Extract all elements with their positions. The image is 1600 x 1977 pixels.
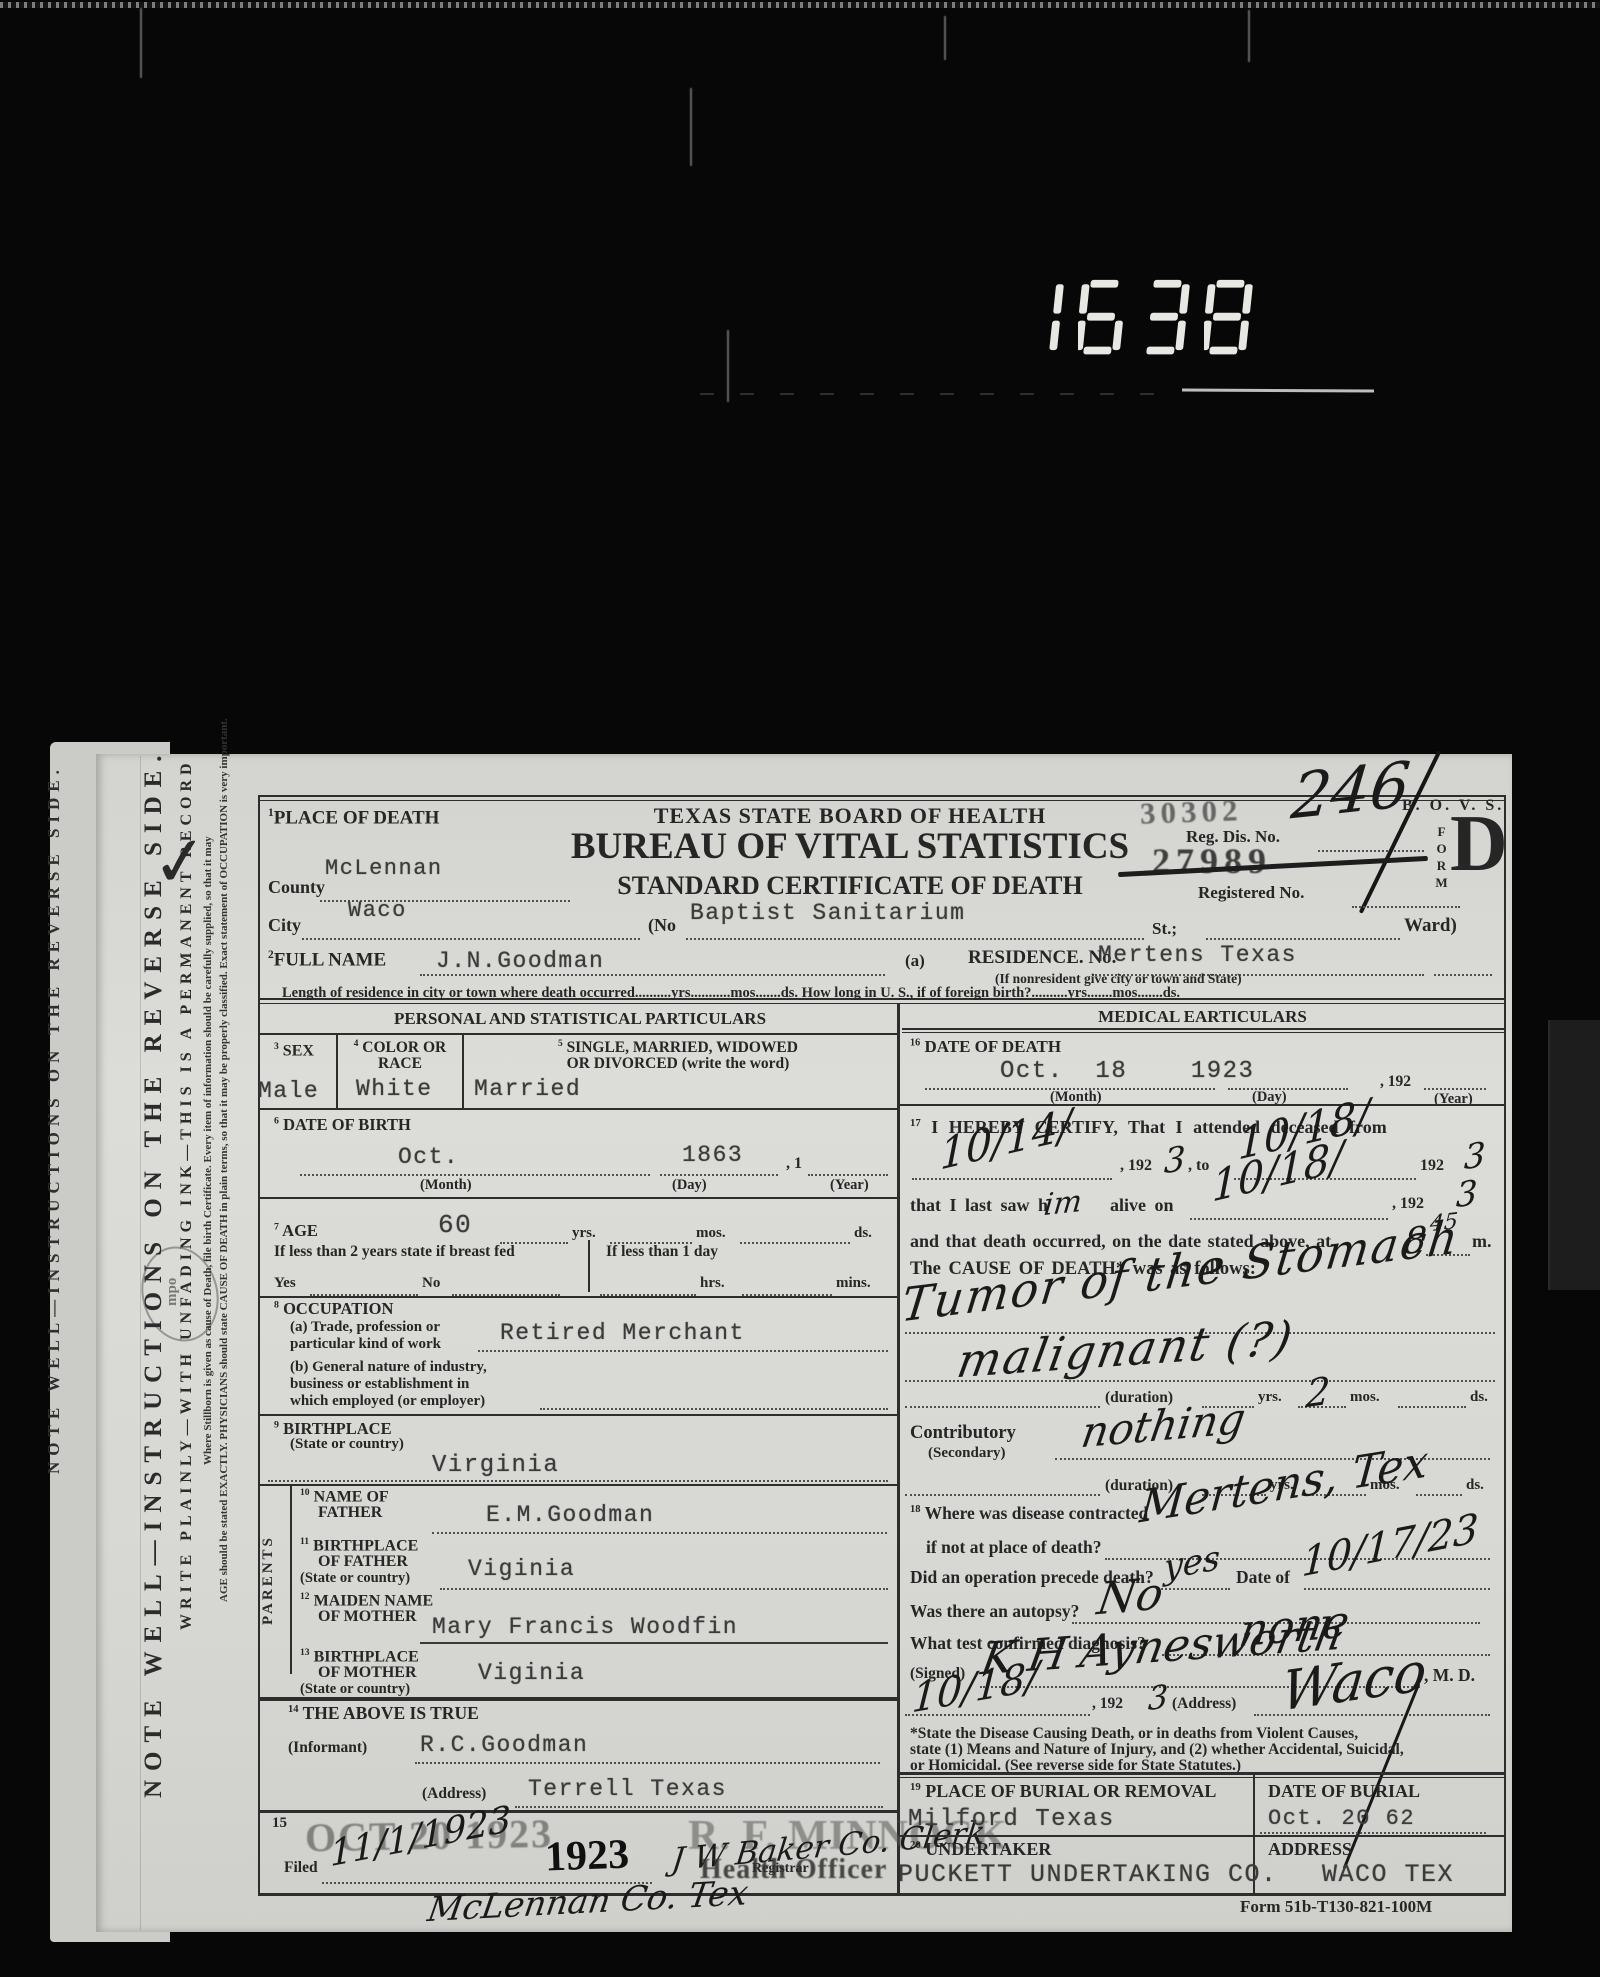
personal-title: PERSONAL AND STATISTICAL PARTICULARS (300, 1010, 860, 1028)
film-top-edge (0, 2, 1600, 8)
true-text: THE ABOVE IS TRUE (303, 1703, 479, 1723)
column-divider (897, 1003, 900, 1893)
dob-bottom-rule (258, 1197, 898, 1199)
bp-num: 9 (274, 1420, 279, 1431)
mother-text-1: MAIDEN NAME (314, 1592, 434, 1609)
marital-text-1: SINGLE, MARRIED, WIDOWED (567, 1039, 798, 1056)
place-of-death-label: 1PLACE OF DEATH (268, 808, 439, 828)
color-value: White (356, 1076, 433, 1102)
father-num: 10 (300, 1487, 310, 1498)
age-bottom-rule (258, 1296, 898, 1298)
film-streak (140, 8, 142, 78)
age-text: AGE (282, 1221, 318, 1240)
mother-bp-label-2: OF MOTHER (318, 1665, 417, 1682)
disease-contracted-label-2: if not at place of death? (926, 1538, 1101, 1556)
margin-instructions-2: AGE should be stated EXACTLY. PHYSICIANS… (218, 742, 230, 1602)
reg-dis-value-script: 246 (1288, 747, 1413, 834)
age-value: 60 (438, 1210, 472, 1240)
dob-line-3 (808, 1172, 888, 1176)
age-num: 7 (274, 1222, 279, 1233)
true-num: 14 (288, 1704, 299, 1715)
occupation-b-label-1: (b) General nature of industry, (290, 1360, 487, 1376)
lessday-label: If less than 1 day (606, 1244, 718, 1260)
reg-dis-line (1318, 848, 1424, 852)
film-streak (944, 16, 946, 60)
color-text-2: RACE (340, 1056, 460, 1072)
age-ds-label: ds. (854, 1226, 872, 1242)
burial-top-rule-2 (900, 1777, 1504, 1778)
occupation-a-value: Retired Merchant (500, 1320, 745, 1346)
medical-title-rule-1 (902, 1028, 1504, 1030)
age-field-label: 7 AGE (274, 1222, 318, 1239)
no-label: No (422, 1276, 440, 1292)
father-bp-num: 11 (300, 1536, 309, 1547)
footnote-line-2: state (1) Means and Nature of Injury, an… (910, 1742, 1404, 1758)
sex-value: Male (258, 1078, 319, 1104)
certify-192a: , 192 (1120, 1158, 1152, 1175)
age-line-3 (740, 1240, 850, 1244)
fullname-value: J.N.Goodman (436, 948, 604, 974)
box-left-rule (258, 795, 260, 1895)
q18-text: Where was disease contracted (925, 1503, 1149, 1523)
father-name-value: E.M.Goodman (486, 1502, 654, 1528)
medical-title: MEDICAL EARTICULARS (905, 1008, 1500, 1026)
undertaker-value: PUCKETT UNDERTAKING CO. (898, 1860, 1278, 1889)
duration1-lead-line (905, 1404, 1100, 1408)
length-residence-line: Length of residence in city or town wher… (282, 986, 1180, 1001)
field1-text: PLACE OF DEATH (274, 807, 440, 828)
dob-line-1 (300, 1172, 650, 1176)
father-bp-note: (State or country) (300, 1571, 410, 1586)
duration2-line-3 (1416, 1492, 1462, 1496)
burial-date-line (1260, 1830, 1486, 1834)
counter-underline (1182, 388, 1374, 392)
sign-year-script: 3 (1147, 1677, 1169, 1718)
sex-field-label: 3 SEX (274, 1042, 314, 1060)
dod-day-label: (Day) (1252, 1090, 1287, 1105)
dob-line-2 (660, 1172, 778, 1176)
hrs-label: hrs. (700, 1276, 725, 1292)
autopsy-script: No (1094, 1568, 1167, 1626)
footnote-line-1: *State the Disease Causing Death, or in … (910, 1726, 1358, 1742)
board-title: TEXAS STATE BOARD OF HEALTH (540, 804, 1160, 827)
reg-number-stamp: 30302 (1139, 792, 1243, 832)
dob-day-value: 1863 (682, 1142, 743, 1168)
informant-value: R.C.Goodman (420, 1732, 588, 1758)
cause-line-2 (905, 1378, 1495, 1382)
registered-line (1352, 904, 1460, 908)
microfilm-frame: NOTE WELL—INSTRUCTIONS ON THE REVERSE SI… (0, 0, 1600, 1977)
burial-num: 19 (910, 1781, 921, 1793)
father-name-label-2: FATHER (318, 1505, 382, 1522)
informant-address-line (515, 1804, 883, 1808)
dob-month-value: Oct. (398, 1144, 459, 1170)
color-field-label: 4 COLOR ORRACE (340, 1040, 460, 1073)
age-mos-label: mos. (696, 1226, 726, 1242)
field2-text: FULL NAME (274, 949, 386, 970)
mother-bp-num: 13 (300, 1647, 310, 1658)
filed-num: 15 (272, 1816, 287, 1832)
father-name-line (432, 1530, 887, 1534)
duration1-ds: ds. (1470, 1390, 1488, 1406)
margin-checkmark: ✓ (148, 820, 213, 905)
operation-date-line (1304, 1586, 1490, 1590)
color-num: 4 (354, 1039, 359, 1049)
undertaker-label: 20 UNDERTAKER (910, 1840, 1051, 1859)
him-script: im (1042, 1184, 1084, 1224)
form-word-vertical: FORM (1433, 824, 1449, 892)
dod-num: 16 (910, 1037, 920, 1048)
frame-counter (1015, 274, 1256, 362)
filed-label: Filed (284, 1860, 318, 1876)
certify-192b: 192 (1420, 1158, 1444, 1175)
mother-name-line (420, 1642, 888, 1644)
marital-num: 5 (558, 1039, 563, 1049)
parents-label: PARENTS (260, 1498, 277, 1663)
occ-num: 8 (274, 1300, 279, 1311)
undertaker-num: 20 (910, 1839, 921, 1851)
occupation-field-label: 8 OCCUPATION (274, 1300, 393, 1317)
mother-name-label-2: OF MOTHER (318, 1609, 417, 1626)
city-label: City (268, 916, 301, 935)
burial-date-value: Oct. 20 62 (1268, 1806, 1415, 1831)
sex-color-divider (336, 1033, 338, 1110)
ward-line (1206, 936, 1400, 940)
undertaker-top-rule (900, 1835, 1504, 1837)
duration1-mos-script: 2 (1304, 1368, 1331, 1416)
dob-day-label: (Day) (672, 1178, 707, 1193)
secondary-label: (Secondary) (928, 1446, 1006, 1462)
age-yrs-label: yrs. (572, 1226, 596, 1242)
dod-bottom-rule (900, 1104, 1504, 1106)
marital-value: Married (474, 1076, 581, 1102)
dod-value: Oct. 18 1923 (1000, 1058, 1254, 1085)
operation-dateof-label: Date of (1236, 1568, 1290, 1586)
county-label: County (268, 878, 325, 897)
occupation-a-line (478, 1348, 888, 1352)
certify-num: 17 (910, 1117, 921, 1129)
fullname-label: 2FULL NAME (268, 950, 386, 970)
form-letter: D (1450, 802, 1508, 886)
dod-year-printed: , 192 (1380, 1074, 1411, 1090)
sex-row-top-rule (258, 1033, 898, 1035)
occ-text: OCCUPATION (283, 1299, 393, 1318)
medical-title-rule-2 (902, 1032, 1504, 1033)
parents-top-rule (258, 1484, 898, 1486)
birthplace-note: (State or country) (290, 1437, 404, 1453)
mins-label: mins. (836, 1276, 871, 1292)
dob-text: DATE OF BIRTH (283, 1115, 411, 1134)
sex-num: 3 (274, 1041, 279, 1052)
birthplace-value: Virginia (432, 1452, 559, 1479)
dod-field-label: 16 DATE OF DEATH (910, 1038, 1061, 1056)
city-value: Waco (348, 898, 407, 923)
no-paren-label: (No (648, 916, 676, 935)
burial-text: PLACE OF BURIAL OR REMOVAL (925, 1781, 1216, 1801)
father-bp-text-1: BIRTHPLACE (313, 1537, 418, 1554)
q18-num: 18 (910, 1504, 921, 1515)
duration1-yrs: yrs. (1258, 1390, 1282, 1406)
dob-year-prefix: , 1 (786, 1156, 802, 1173)
occupation-bottom-rule (258, 1414, 898, 1416)
dod-text: DATE OF DEATH (924, 1037, 1061, 1056)
dod-line-3 (1424, 1086, 1486, 1090)
lastsaw-text: that I last saw h (910, 1196, 1048, 1215)
institution-line (686, 936, 1144, 940)
st-label: St.; (1152, 920, 1177, 938)
informant-address-label: (Address) (422, 1786, 486, 1802)
attend-from-year-script: 3 (1163, 1139, 1186, 1183)
md-label: , M. D. (1424, 1666, 1475, 1684)
dod-line-2 (1228, 1086, 1348, 1090)
burial-place-value: Milford Texas (908, 1806, 1115, 1833)
film-streak (690, 88, 692, 166)
residence-value: Mertens Texas (1098, 942, 1297, 968)
dob-year-label: (Year) (830, 1178, 869, 1193)
film-scratch-row (700, 393, 1170, 395)
standard-title: STANDARD CERTIFICATE OF DEATH (520, 872, 1180, 899)
color-text-1: COLOR OR (362, 1039, 446, 1056)
lastsaw-line (1190, 1216, 1388, 1220)
father-bp-value: Viginia (468, 1556, 575, 1582)
operation-line (1158, 1586, 1230, 1590)
registered-label: Registered No. (1198, 884, 1304, 902)
bureau-title: BUREAU OF VITAL STATISTICS (500, 828, 1200, 867)
film-streak (727, 330, 729, 402)
dob-month-label: (Month) (420, 1178, 472, 1193)
box-right-rule (1504, 795, 1506, 1895)
mother-name-value: Mary Francis Woodfin (432, 1614, 738, 1640)
parents-left-divider (290, 1484, 292, 1674)
breastfed-divider (588, 1240, 590, 1292)
disease-contracted-label: 18 Where was disease contracted (910, 1504, 1148, 1522)
mother-bp-text-1: BIRTHPLACE (314, 1648, 419, 1665)
father-bp-line (440, 1586, 888, 1590)
mother-bp-note: (State or country) (300, 1682, 410, 1697)
undertaker-text: UNDERTAKER (925, 1839, 1051, 1859)
above-true-label: 14 THE ABOVE IS TRUE (288, 1704, 479, 1722)
marital-text-2: OR DIVORCED (write the word) (468, 1056, 888, 1072)
alive-text: alive on (1110, 1196, 1174, 1215)
sign-address-label: (Address) (1172, 1696, 1236, 1712)
father-bp-label-2: OF FATHER (318, 1554, 408, 1571)
yes-label: Yes (274, 1276, 296, 1292)
undertaker-address-label: ADDRESS (1268, 1840, 1352, 1859)
occupation-b-line (540, 1406, 888, 1410)
city-line (302, 936, 640, 940)
attend-to-year-script: 3 (1463, 1135, 1486, 1179)
burial-date-label: DATE OF BURIAL (1268, 1782, 1420, 1801)
mother-num: 12 (300, 1591, 310, 1602)
color-marital-divider (462, 1033, 464, 1110)
burial-top-rule-1 (900, 1772, 1504, 1775)
certify-to-label: , to (1188, 1158, 1209, 1175)
header-split-rule-2 (258, 1003, 1504, 1004)
burial-place-label: 19 PLACE OF BURIAL OR REMOVAL (910, 1782, 1216, 1801)
autopsy-label: Was there an autopsy? (910, 1602, 1079, 1620)
dob-num: 6 (274, 1116, 279, 1127)
margin-write-plainly: WRITE PLAINLY—WITH UNFADING INK—THIS IS … (178, 792, 196, 1630)
occupation-b-label-3: which employed (or employer) (290, 1394, 485, 1410)
margin-stamp-fragment: mpo (164, 1262, 181, 1322)
birthplace-line (268, 1478, 888, 1482)
above-true-top-rule (258, 1697, 898, 1701)
dob-field-label: 6 DATE OF BIRTH (274, 1116, 411, 1133)
birthplace-field-label: 9 BIRTHPLACE (274, 1420, 392, 1437)
informant-label: (Informant) (288, 1740, 367, 1756)
informant-address-value: Terrell Texas (528, 1776, 727, 1802)
occupation-b-label-2: business or establishment in (290, 1377, 469, 1393)
undertaker-address-value: WACO TEX (1322, 1860, 1454, 1889)
marital-field-label: 5 SINGLE, MARRIED, WIDOWEDOR DIVORCED (w… (468, 1040, 888, 1073)
form-number: Form 51b-T130-821-100M (1240, 1898, 1432, 1916)
county-value: McLennan (325, 856, 443, 881)
contributory-label: Contributory (910, 1424, 1016, 1443)
father-text-1: NAME OF (314, 1488, 389, 1505)
registered-number-stamp: 27989 (1152, 840, 1272, 882)
film-shadow-object (1548, 1020, 1600, 1290)
duration2-ds: ds. (1466, 1478, 1484, 1494)
death-m-label: m. (1472, 1232, 1492, 1251)
informant-line (415, 1760, 880, 1764)
sex-text: SEX (283, 1042, 314, 1059)
mother-bp-value: Viginia (478, 1660, 585, 1686)
sign-192-label: , 192 (1092, 1696, 1123, 1712)
certify-line-1 (912, 1176, 1112, 1180)
duration1-mos: mos. (1350, 1390, 1380, 1406)
sex-row-bottom-rule (258, 1108, 898, 1110)
film-streak (1248, 10, 1250, 62)
outer-margin-note: NOTE WELL—INSTRUCTIONS ON THE REVERSE SI… (44, 792, 64, 1474)
institution-value: Baptist Sanitarium (690, 900, 965, 926)
residence-label: RESIDENCE. No. (968, 948, 1116, 968)
sign-date-line (905, 1712, 1090, 1716)
residence-line-2 (1434, 972, 1492, 976)
duration2-lead-line (905, 1492, 1100, 1496)
occupation-a-label-1: (a) Trade, profession or (290, 1320, 440, 1336)
ward-label: Ward) (1404, 916, 1457, 936)
certify-192c: , 192 (1392, 1196, 1424, 1213)
duration1-line-3 (1398, 1404, 1466, 1408)
occupation-a-label-2: particular kind of work (290, 1337, 441, 1353)
breastfed-label: If less than 2 years state if breast fed (274, 1244, 515, 1260)
residence-a-label: (a) (905, 952, 925, 970)
year-stamp: 1923 (544, 1831, 630, 1882)
